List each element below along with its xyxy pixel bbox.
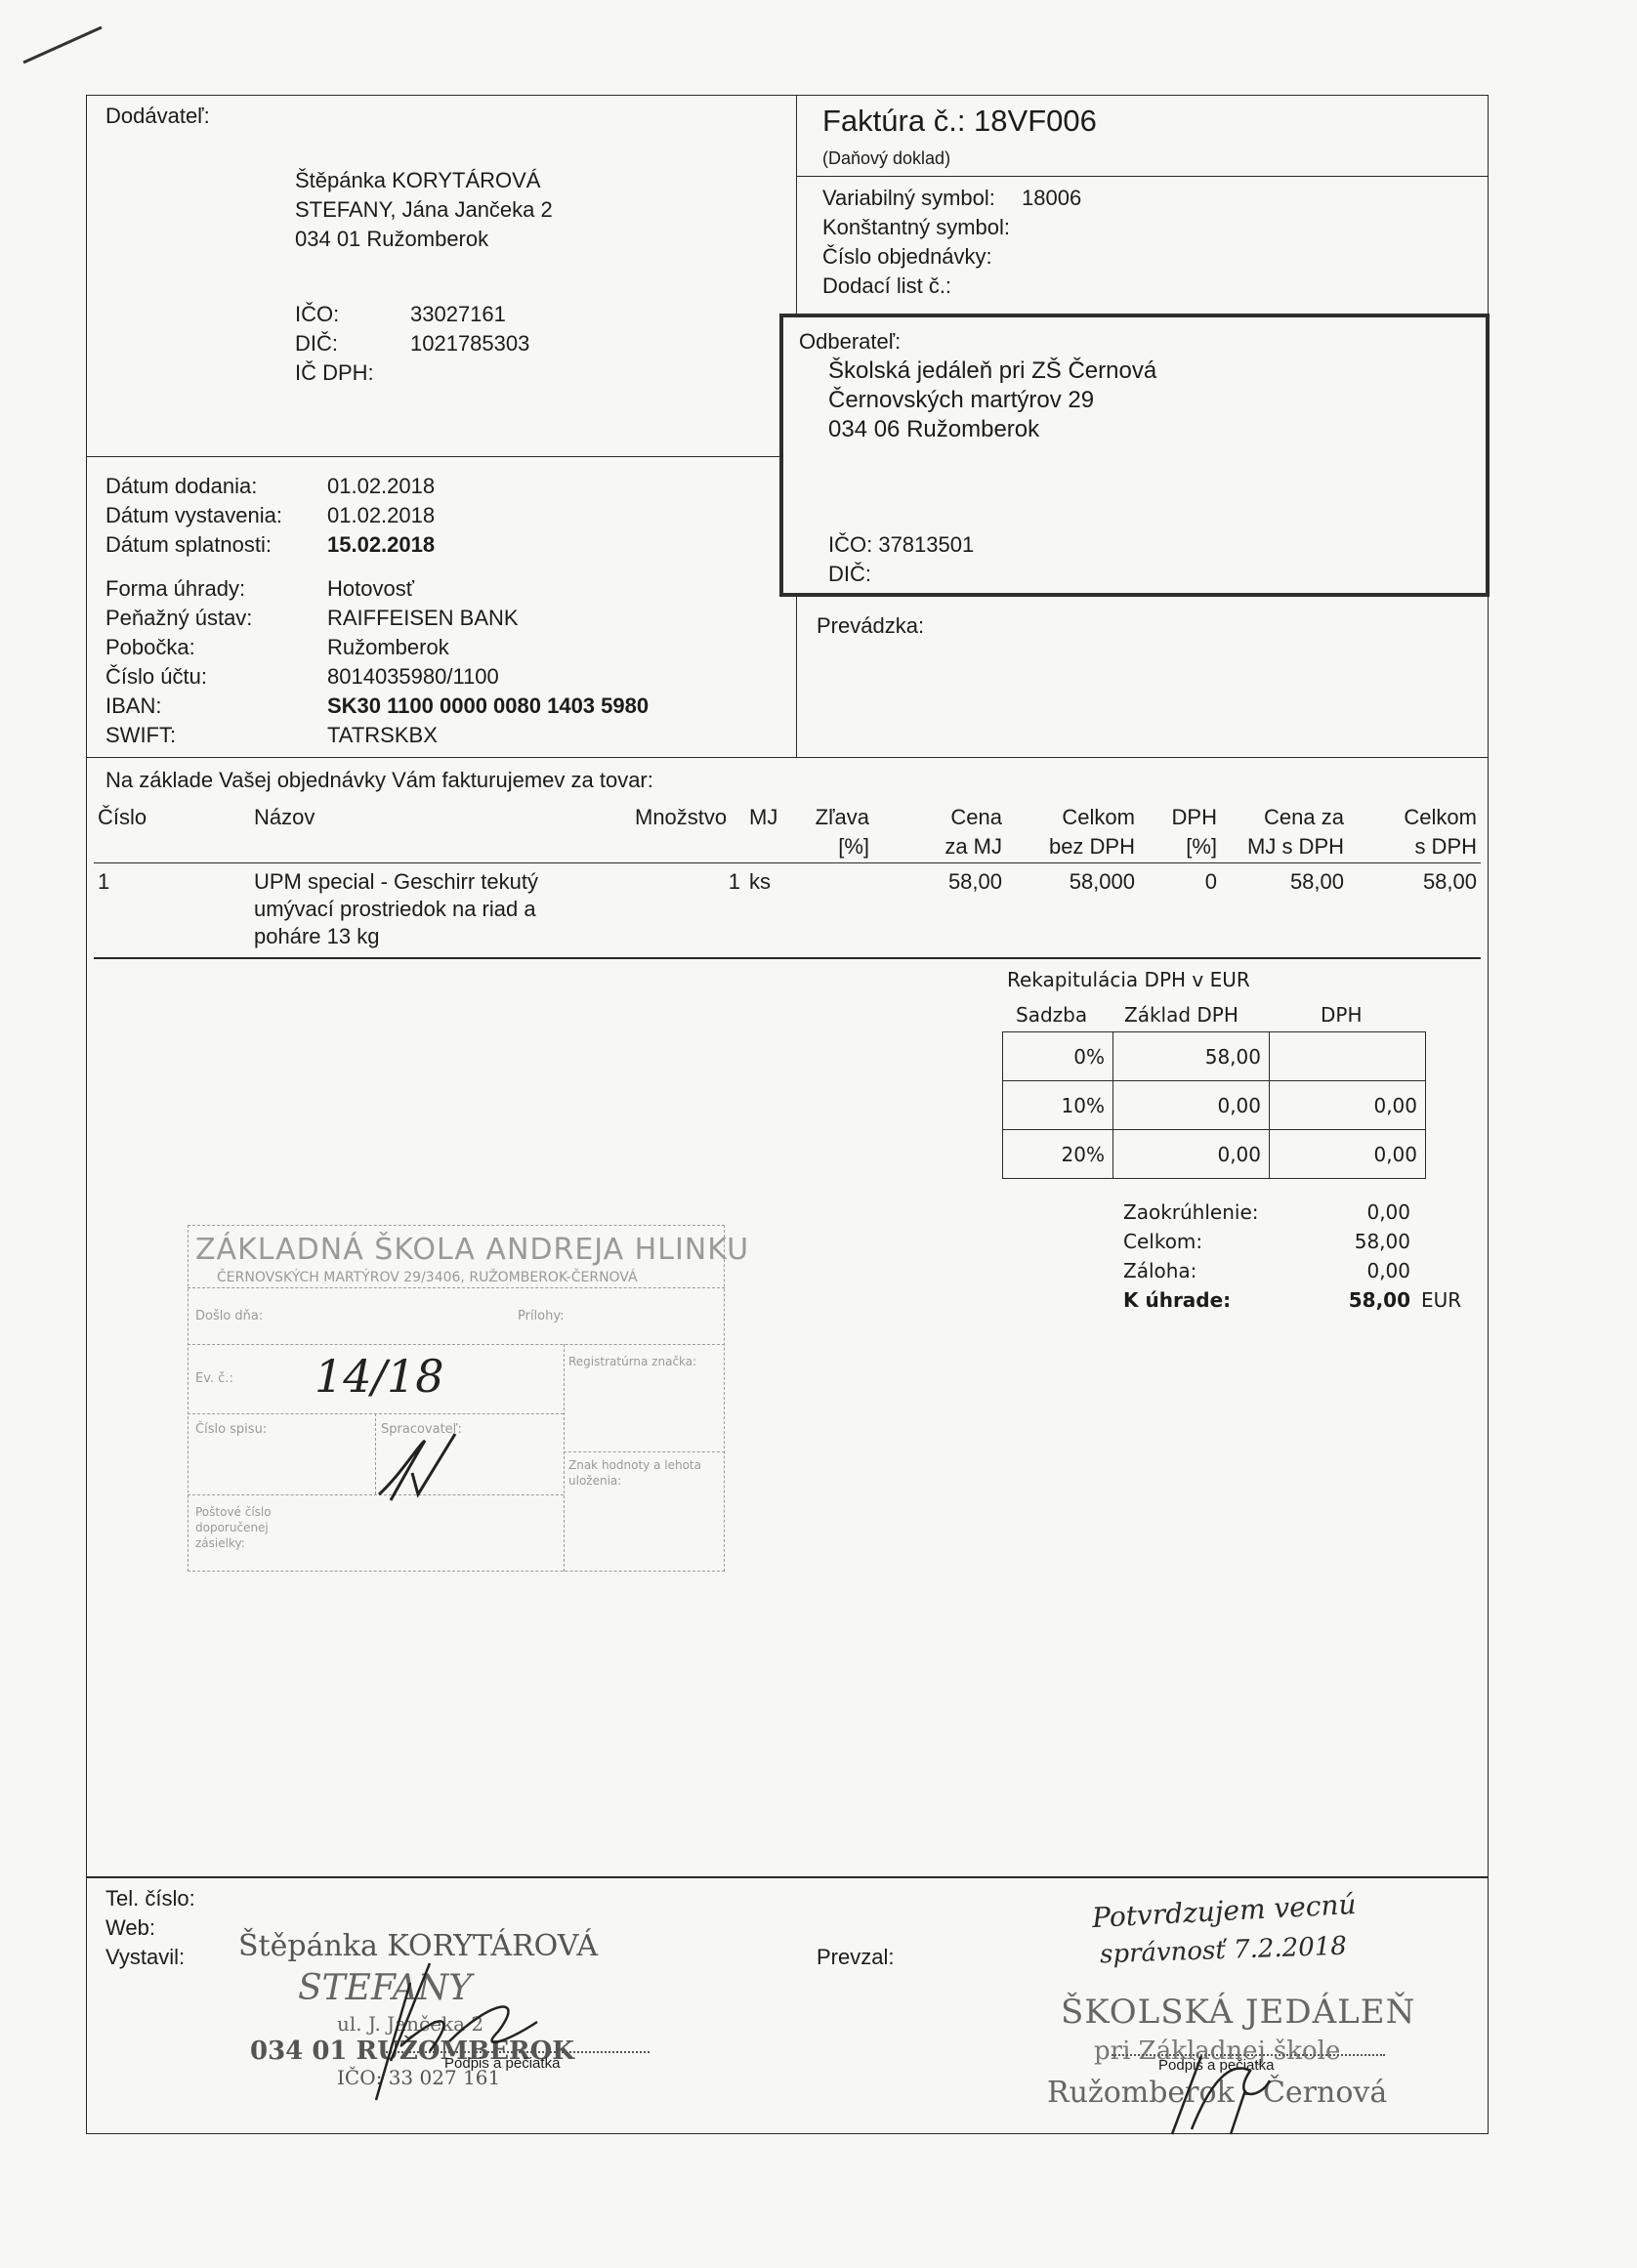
col-vat: [%] <box>1186 832 1217 861</box>
vat-recap-row: 0%58,00 <box>1003 1032 1426 1081</box>
date-label: Dátum dodania: <box>105 472 257 501</box>
total-value: 58,00 <box>1355 1227 1410 1256</box>
divider <box>86 456 796 457</box>
total-value: 58,00 <box>1349 1285 1410 1315</box>
vat-base: 0,00 <box>1113 1130 1270 1179</box>
payment-value: Ružomberok <box>327 633 449 662</box>
currency: EUR <box>1421 1285 1461 1315</box>
customer-label: Odberateľ: <box>799 327 901 357</box>
total-label: Zaokrúhlenie: <box>1123 1197 1259 1227</box>
order-number-label: Číslo objednávky: <box>822 242 992 272</box>
date-value: 01.02.2018 <box>327 501 435 530</box>
phone-label: Tel. číslo: <box>105 1884 195 1913</box>
web-label: Web: <box>105 1913 155 1943</box>
payment-label: Peňažný ústav: <box>105 604 252 633</box>
vat-amount: 0,00 <box>1270 1081 1426 1130</box>
stamp-rule <box>564 1451 725 1452</box>
col-discount: [%] <box>838 832 869 861</box>
vat-rate: 20% <box>1003 1130 1113 1179</box>
item-unit-price-incl: 58,00 <box>1290 867 1344 897</box>
variable-symbol-label: Variabilný symbol: <box>822 184 995 213</box>
item-number: 1 <box>98 867 109 897</box>
divider <box>796 176 1489 177</box>
col-total-excl: Celkom <box>1062 803 1135 832</box>
establishment-label: Prevádzka: <box>817 611 924 641</box>
total-label: Celkom: <box>1123 1227 1202 1256</box>
date-label: Dátum splatnosti: <box>105 530 272 560</box>
stamp-reg-no: Ev. č.: <box>195 1367 233 1391</box>
supplier-city: 034 01 Ružomberok <box>295 225 488 254</box>
table-end-rule <box>94 957 1481 959</box>
item-total-excl: 58,000 <box>1070 867 1135 897</box>
stamp-attachments: Prílohy: <box>518 1305 565 1328</box>
vat-col-rate: Sadzba <box>1016 1000 1087 1029</box>
variable-symbol: 18006 <box>1022 184 1081 213</box>
delivery-note-label: Dodací list č.: <box>822 272 951 301</box>
vat-rate: 10% <box>1003 1081 1113 1130</box>
total-value: 0,00 <box>1366 1197 1410 1227</box>
payment-label: Pobočka: <box>105 633 195 662</box>
vat-recap-title: Rekapitulácia DPH v EUR <box>1007 965 1250 994</box>
col-total-incl: s DPH <box>1414 832 1477 861</box>
total-value: 0,00 <box>1366 1256 1410 1285</box>
col-total-excl: bez DPH <box>1049 832 1135 861</box>
item-name: umývací prostriedok na riad a <box>254 895 536 924</box>
payment-label: IBAN: <box>105 692 161 721</box>
customer-ico: IČO: 37813501 <box>828 530 974 560</box>
stamp-title: ZÁKLADNÁ ŠKOLA ANDREJA HLINKU <box>195 1233 749 1267</box>
payment-label: SWIFT: <box>105 721 176 750</box>
col-unit-price: za MJ <box>944 832 1002 861</box>
vat-amount: 0,00 <box>1270 1130 1426 1179</box>
payment-value: TATRSKBX <box>327 721 438 750</box>
payment-value: RAIFFEISEN BANK <box>327 604 519 633</box>
handwritten-reg-no: 14/18 <box>315 1350 444 1403</box>
vat-base: 58,00 <box>1113 1032 1270 1081</box>
vat-col-base: Základ DPH <box>1124 1000 1238 1029</box>
item-unit-price: 58,00 <box>948 867 1002 897</box>
processor-signature <box>371 1426 469 1504</box>
supplier-dic-label: DIČ: <box>295 329 338 358</box>
received-by-label: Prevzal: <box>817 1943 894 1972</box>
col-total-incl: Celkom <box>1404 803 1477 832</box>
customer-city: 034 06 Ružomberok <box>828 415 1039 444</box>
payment-value: SK30 1100 0000 0080 1403 5980 <box>327 692 649 721</box>
customer-signature <box>1153 2041 1289 2139</box>
col-name: Názov <box>254 803 315 832</box>
col-unit: MJ <box>749 803 777 832</box>
stamp-rule <box>188 1287 725 1288</box>
divider <box>86 757 1489 758</box>
items-intro: Na základe Vašej objednávky Vám fakturuj… <box>105 766 653 795</box>
payment-label: Číslo účtu: <box>105 662 207 692</box>
item-quantity: 1 <box>729 867 740 897</box>
stamp-rule <box>564 1344 565 1572</box>
stamp-reg-mark: Registratúrna značka: <box>568 1350 696 1373</box>
col-unit-price: Cena <box>950 803 1002 832</box>
customer-stamp-name: ŠKOLSKÁ JEDÁLEŇ <box>1061 1993 1415 2032</box>
date-value: 15.02.2018 <box>327 530 435 560</box>
vat-col-vat: DPH <box>1321 1000 1363 1029</box>
supplier-name: Štěpánka KORYTÁROVÁ <box>295 166 541 195</box>
vat-recap-row: 10%0,000,00 <box>1003 1081 1426 1130</box>
total-label: Záloha: <box>1123 1256 1196 1285</box>
invoice-title: Faktúra č.: 18VF006 <box>822 102 1097 141</box>
item-name: UPM special - Geschirr tekutý <box>254 867 538 897</box>
date-value: 01.02.2018 <box>327 472 435 501</box>
col-unit-price-incl: MJ s DPH <box>1247 832 1344 861</box>
supplier-ico: 33027161 <box>410 300 506 329</box>
header-rule <box>94 862 1481 863</box>
col-vat: DPH <box>1172 803 1217 832</box>
col-discount: Zľava <box>816 803 869 832</box>
stamp-received: Došlo dňa: <box>195 1305 263 1328</box>
supplier-label: Dodávateľ: <box>105 102 210 131</box>
customer-address: Černovských martýrov 29 <box>828 386 1094 415</box>
stamp-retention: Znak hodnoty a lehota uloženia: <box>568 1457 715 1489</box>
col-quantity: Množstvo <box>635 803 727 832</box>
item-vat: 0 <box>1205 867 1217 897</box>
stamp-postal: Poštové číslo doporučenej zásielky: <box>195 1504 293 1551</box>
customer-name: Školská jedáleň pri ZŠ Černová <box>828 357 1156 386</box>
date-label: Dátum vystavenia: <box>105 501 282 530</box>
supplier-signature <box>332 1953 567 2110</box>
item-unit: ks <box>749 867 771 897</box>
constant-symbol-label: Konštantný symbol: <box>822 213 1010 242</box>
customer-box: Odberateľ: Školská jedáleň pri ZŠ Černov… <box>779 314 1490 597</box>
payment-value: 8014035980/1100 <box>327 662 499 692</box>
vat-base: 0,00 <box>1113 1081 1270 1130</box>
staple-mark <box>20 20 107 68</box>
vat-rate: 0% <box>1003 1032 1113 1081</box>
vat-amount <box>1270 1032 1426 1081</box>
col-unit-price-incl: Cena za <box>1264 803 1344 832</box>
vat-recap-table: 0%58,0010%0,000,0020%0,000,00 <box>1002 1031 1426 1179</box>
total-label: K úhrade: <box>1123 1285 1231 1315</box>
item-total-incl: 58,00 <box>1423 867 1477 897</box>
supplier-icdph-label: IČ DPH: <box>295 358 374 388</box>
supplier-address: STEFANY, Jána Jančeka 2 <box>295 195 553 225</box>
vat-recap-row: 20%0,000,00 <box>1003 1130 1426 1179</box>
supplier-dic: 1021785303 <box>410 329 529 358</box>
stamp-rule <box>188 1344 725 1345</box>
item-name: poháre 13 kg <box>254 922 379 951</box>
payment-label: Forma úhrady: <box>105 574 245 604</box>
invoice-subtitle: (Daňový doklad) <box>822 147 950 170</box>
customer-dic: DIČ: <box>828 560 871 589</box>
footer-rule <box>86 1876 1489 1878</box>
col-number: Číslo <box>98 803 147 832</box>
issued-by-label: Vystavil: <box>105 1943 185 1972</box>
stamp-file-no: Číslo spisu: <box>195 1418 267 1442</box>
stamp-subtitle: ČERNOVSKÝCH MARTÝROV 29/3406, RUŽOMBEROK… <box>217 1270 638 1285</box>
supplier-ico-label: IČO: <box>295 300 339 329</box>
payment-value: Hotovosť <box>327 574 414 604</box>
